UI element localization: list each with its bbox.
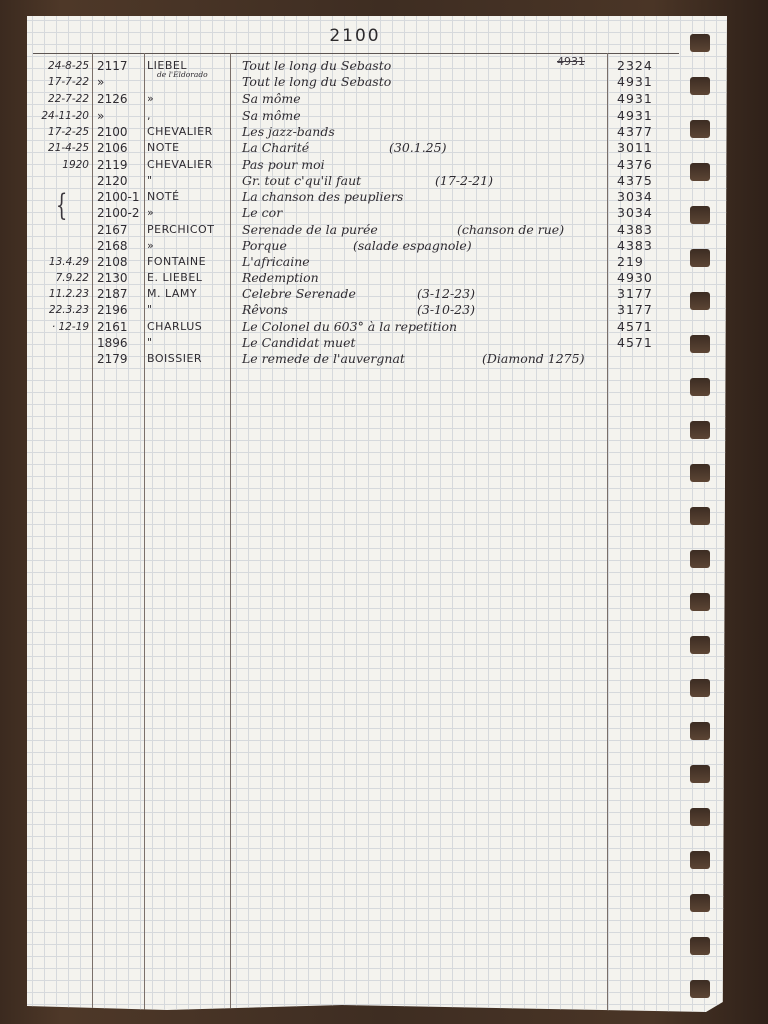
entry-date: 22-7-22 — [31, 91, 89, 107]
entry-note: (30.1.25) — [389, 140, 446, 155]
entry-number: 2130 — [97, 270, 143, 286]
ledger-row: 24-11-20»,Sa môme4931 — [27, 108, 687, 124]
entry-artist: CHARLUS — [147, 319, 229, 335]
entry-artist: » — [147, 91, 229, 107]
entry-reference: 219 — [617, 254, 667, 270]
entry-artist: PERCHICOT — [147, 222, 229, 238]
entry-reference: 3177 — [617, 286, 667, 302]
entry-title: Gr. tout c'qu'il faut — [242, 173, 361, 189]
notebook-page: 2100 4931 { 24-8-252117LIEBELde l'Eldora… — [27, 16, 727, 1012]
entry-title: Tout le long du Sebasto — [242, 58, 391, 74]
binding-hole — [690, 292, 710, 310]
binding-hole — [690, 636, 710, 654]
entry-date: 1920 — [31, 157, 89, 173]
ledger-row: 11.2.232187M. LAMYCelebre Serenade(3-12-… — [27, 286, 687, 302]
entry-number: 2161 — [97, 319, 143, 335]
entry-artist: NOTÉ — [147, 189, 229, 205]
entry-reference: 3034 — [617, 205, 667, 221]
entry-title: Redemption — [242, 270, 319, 286]
entry-number: 2120 — [97, 173, 143, 189]
ledger-row: · 12-192161CHARLUSLe Colonel du 603° à l… — [27, 319, 687, 335]
binding-hole — [690, 249, 710, 267]
binding-hole — [690, 464, 710, 482]
entry-reference: 4571 — [617, 335, 667, 351]
entry-date: 11.2.23 — [31, 286, 89, 302]
ledger-row: 2168»Porque(salade espagnole)4383 — [27, 238, 687, 254]
entry-title: La Charité — [242, 140, 309, 156]
entry-artist: " — [147, 302, 229, 318]
entry-title: Le Candidat muet — [242, 335, 356, 351]
entry-reference: 3011 — [617, 140, 667, 156]
entry-artist: FONTAINE — [147, 254, 229, 270]
entry-date: 13.4.29 — [31, 254, 89, 270]
entry-reference: 4383 — [617, 238, 667, 254]
binding-hole — [690, 335, 710, 353]
entry-title: Sa môme — [242, 108, 301, 124]
entry-title: Le remede de l'auvergnat — [242, 351, 405, 367]
entry-note: (3-12-23) — [417, 286, 475, 301]
entry-number: 2187 — [97, 286, 143, 302]
ledger-row: 24-8-252117LIEBELde l'EldoradoTout le lo… — [27, 58, 687, 74]
binding-hole — [690, 851, 710, 869]
entry-reference: 4375 — [617, 173, 667, 189]
ledger-row: 7.9.222130E. LIEBELRedemption4930 — [27, 270, 687, 286]
entry-artist: NOTE — [147, 140, 229, 156]
entry-artist: » — [147, 205, 229, 221]
binding-hole — [690, 937, 710, 955]
ledger-row: 2120"Gr. tout c'qu'il faut(17-2-21)4375 — [27, 173, 687, 189]
entry-reference: 4931 — [617, 74, 667, 90]
entry-number: » — [97, 74, 143, 90]
binding-hole — [690, 593, 710, 611]
ledger-row: 21-4-252106NOTELa Charité(30.1.25)3011 — [27, 140, 687, 156]
entry-title: Pas pour moi — [242, 157, 325, 173]
entry-title: Le cor — [242, 205, 282, 221]
entry-date: 21-4-25 — [31, 140, 89, 156]
binding-hole — [690, 206, 710, 224]
entry-title: Les jazz-bands — [242, 124, 335, 140]
binding-hole — [690, 894, 710, 912]
entry-artist: " — [147, 335, 229, 351]
ledger-row: 17-2-252100CHEVALIERLes jazz-bands4377 — [27, 124, 687, 140]
binding-hole — [690, 765, 710, 783]
entry-reference: 4930 — [617, 270, 667, 286]
entry-title: Sa môme — [242, 91, 301, 107]
entry-reference: 4377 — [617, 124, 667, 140]
binding-hole — [690, 77, 710, 95]
ledger-row: 22-7-222126»Sa môme4931 — [27, 91, 687, 107]
entry-artist: " — [147, 173, 229, 189]
ledger-row: 2179BOISSIERLe remede de l'auvergnat(Dia… — [27, 351, 687, 367]
binding-hole — [690, 980, 710, 998]
entry-note: (3-10-23) — [417, 302, 475, 317]
header-rule — [33, 53, 679, 54]
binding-hole — [690, 550, 710, 568]
ledger-row: 13.4.292108FONTAINEL'africaine219 — [27, 254, 687, 270]
entry-reference: 3034 — [617, 189, 667, 205]
entry-number: 1896 — [97, 335, 143, 351]
entry-date: 7.9.22 — [31, 270, 89, 286]
entry-reference: 4383 — [617, 222, 667, 238]
entry-note: (chanson de rue) — [457, 222, 564, 237]
entry-artist: , — [147, 108, 229, 124]
binding-hole — [690, 163, 710, 181]
entry-title: L'africaine — [242, 254, 310, 270]
binding-hole — [690, 507, 710, 525]
entry-title: Celebre Serenade — [242, 286, 356, 302]
binding-hole — [690, 120, 710, 138]
ledger-row: 19202119CHEVALIERPas pour moi4376 — [27, 157, 687, 173]
entry-number: 2119 — [97, 157, 143, 173]
entry-note: (Diamond 1275) — [482, 351, 584, 366]
entry-number: 2100-1 — [97, 189, 143, 205]
entry-number: 2167 — [97, 222, 143, 238]
page-title: 2100 — [325, 26, 385, 46]
binding-hole — [690, 722, 710, 740]
ledger-row: 1896"Le Candidat muet4571 — [27, 335, 687, 351]
entry-date: 22.3.23 — [31, 302, 89, 318]
entry-number: 2100 — [97, 124, 143, 140]
entry-number: 2106 — [97, 140, 143, 156]
binding-hole — [690, 34, 710, 52]
entry-number: » — [97, 108, 143, 124]
entry-title: Porque — [242, 238, 287, 254]
entry-artist: BOISSIER — [147, 351, 229, 367]
entry-reference: 4571 — [617, 319, 667, 335]
entry-artist: CHEVALIER — [147, 157, 229, 173]
entry-reference: 4376 — [617, 157, 667, 173]
entry-number: 2117 — [97, 58, 143, 74]
entry-number: 2100-2 — [97, 205, 143, 221]
entry-number: 2179 — [97, 351, 143, 367]
entry-title: Tout le long du Sebasto — [242, 74, 391, 90]
entry-reference: 3177 — [617, 302, 667, 318]
entry-note: (17-2-21) — [435, 173, 493, 188]
ledger-row: 22.3.232196"Rêvons(3-10-23)3177 — [27, 302, 687, 318]
entry-artist: » — [147, 238, 229, 254]
entry-reference: 4931 — [617, 91, 667, 107]
entry-title: Rêvons — [242, 302, 288, 318]
entry-number: 2168 — [97, 238, 143, 254]
entry-date: · 12-19 — [31, 319, 89, 335]
binding-hole — [690, 421, 710, 439]
entry-artist: E. LIEBEL — [147, 270, 229, 286]
entry-reference: 2324 — [617, 58, 667, 74]
entry-title: Serenade de la purée — [242, 222, 378, 238]
ledger-row: 2167PERCHICOTSerenade de la purée(chanso… — [27, 222, 687, 238]
entry-number: 2196 — [97, 302, 143, 318]
entry-date: 17-2-25 — [31, 124, 89, 140]
entry-artist: CHEVALIER — [147, 124, 229, 140]
binding-hole — [690, 378, 710, 396]
entry-date: 24-8-25 — [31, 58, 89, 74]
binding-hole — [690, 679, 710, 697]
entry-reference: 4931 — [617, 108, 667, 124]
ledger-row: 2100-1NOTÉLa chanson des peupliers3034 — [27, 189, 687, 205]
entry-number: 2108 — [97, 254, 143, 270]
entry-title: Le Colonel du 603° à la repetition — [242, 319, 457, 335]
ledger-row: 2100-2»Le cor3034 — [27, 205, 687, 221]
entry-title: La chanson des peupliers — [242, 189, 403, 205]
entry-note: (salade espagnole) — [353, 238, 472, 253]
ledger-row: 17-7-22»Tout le long du Sebasto4931 — [27, 74, 687, 90]
binding-hole — [690, 808, 710, 826]
entry-number: 2126 — [97, 91, 143, 107]
entry-date: 24-11-20 — [31, 108, 89, 124]
entry-artist: M. LAMY — [147, 286, 229, 302]
entry-date: 17-7-22 — [31, 74, 89, 90]
